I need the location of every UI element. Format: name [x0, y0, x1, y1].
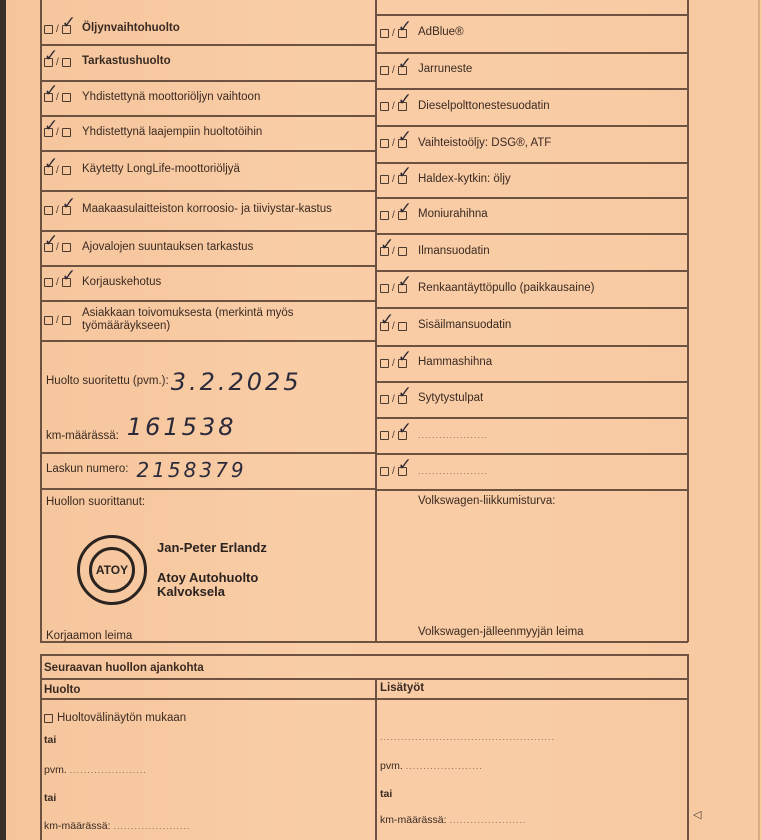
checkbox-yes[interactable]: [44, 243, 53, 252]
checklist-label: Moniurahihna: [418, 208, 488, 221]
checkbox-no[interactable]: [62, 58, 71, 67]
right-checklist-item: /Ilmansuodatin: [380, 233, 490, 270]
right-checklist-item: /Vaihteistoöljy: DSG®, ATF: [380, 125, 551, 162]
right-checklist-item: /AdBlue®: [380, 14, 464, 52]
service-date-field: Huolto suoritettu (pvm.): 3.2.2025: [46, 368, 302, 396]
checkbox-yes[interactable]: [380, 175, 389, 184]
checkbox-no[interactable]: [398, 359, 407, 368]
checkbox-no[interactable]: [62, 316, 71, 325]
indicator-option[interactable]: Huoltovälinäytön mukaan: [44, 712, 186, 724]
checklist-label: Asiakkaan toivomuksesta (merkintä myös t…: [82, 307, 352, 333]
checkbox-no[interactable]: [62, 128, 71, 137]
checklist-label: Korjauskehotus: [82, 276, 161, 289]
checkbox-yes[interactable]: [380, 395, 389, 404]
stamp-company: Atoy Autohuolto: [157, 571, 267, 585]
vw-dealer-stamp-label: Volkswagen-jälleenmyyjän leima: [418, 626, 584, 639]
checklist-label: Ilmansuodatin: [418, 245, 490, 258]
stamp-name: Jan-Peter Erlandz: [157, 541, 267, 555]
col-extra-header: Lisätyöt: [380, 682, 424, 694]
checkbox-no[interactable]: [398, 431, 407, 440]
checklist-label: ....................: [418, 430, 488, 440]
checklist-label: Maakaasulaitteiston korroosio- ja tiiviy…: [82, 203, 332, 216]
checklist-label: Yhdistettynä laajempiin huoltotöihin: [82, 126, 262, 139]
checklist-label: Hammashihna: [418, 356, 492, 369]
checklist-label: Yhdistettynä moottoriöljyn vaihtoon: [82, 91, 260, 104]
right-checklist-item: /....................: [380, 453, 488, 489]
service-km-field: km-määrässä: 161538: [46, 410, 236, 443]
vw-mobility-label: Volkswagen-liikkumisturva:: [418, 495, 555, 508]
checklist-label: Tarkastushuolto: [82, 55, 171, 68]
workshop-stamp-label: Korjaamon leima: [46, 630, 132, 643]
checkbox-yes[interactable]: [380, 102, 389, 111]
checkbox-yes[interactable]: [44, 166, 53, 175]
checklist-label: Vaihteistoöljy: DSG®, ATF: [418, 137, 551, 150]
checklist-label: Sytytystulpat: [418, 392, 483, 405]
checkbox-no[interactable]: [398, 247, 407, 256]
right-checklist-item: /....................: [380, 417, 488, 453]
checklist-label: Haldex-kytkin: öljy: [418, 173, 511, 186]
checklist-label: Renkaantäyttöpullo (paikkausaine): [418, 282, 594, 295]
checkbox-no[interactable]: [398, 175, 407, 184]
next-km-field[interactable]: km-määrässä: ......................: [44, 820, 190, 832]
right-checklist-item: /Hammashihna: [380, 345, 492, 381]
checklist-label: ....................: [418, 466, 488, 476]
next-date-field[interactable]: pvm. ......................: [44, 764, 147, 776]
checkbox-no[interactable]: [62, 206, 71, 215]
service-date-value: 3.2.2025: [171, 368, 302, 396]
or-text-2: tai: [44, 792, 56, 804]
left-checklist-item: /Öljynvaihtohuolto: [44, 14, 180, 44]
checklist-label: Dieselpolttonestesuodatin: [418, 100, 550, 113]
checkbox-no[interactable]: [398, 395, 407, 404]
checkbox-yes[interactable]: [44, 128, 53, 137]
checkbox-yes[interactable]: [44, 278, 53, 287]
checkbox-yes[interactable]: [44, 93, 53, 102]
checklist-label: Sisäilmansuodatin: [418, 319, 511, 332]
checkbox-yes[interactable]: [380, 431, 389, 440]
checkbox-yes[interactable]: [380, 211, 389, 220]
right-checklist-item: /Renkaantäyttöpullo (paikkausaine): [380, 270, 594, 307]
invoice-number-field: Laskun numero: 2158379: [46, 458, 247, 482]
checkbox-no[interactable]: [398, 211, 407, 220]
indicator-checkbox[interactable]: [44, 714, 53, 723]
checklist-label: Jarruneste: [418, 63, 472, 76]
checkbox-no[interactable]: [62, 25, 71, 34]
col-service-header: Huolto: [44, 684, 80, 696]
extra-date-field[interactable]: pvm. ......................: [380, 760, 483, 772]
left-checklist-item: /Käytetty LongLife-moottoriöljyä: [44, 150, 240, 190]
checklist-label: Ajovalojen suuntauksen tarkastus: [82, 241, 253, 254]
checkbox-no[interactable]: [398, 467, 407, 476]
checkbox-yes[interactable]: [380, 284, 389, 293]
stamp-location: Kalvoksela: [157, 585, 267, 599]
checkbox-no[interactable]: [398, 139, 407, 148]
checkbox-yes[interactable]: [380, 322, 389, 331]
extra-km-field[interactable]: km-määrässä: ......................: [380, 814, 526, 826]
next-service-section: Seuraavan huollon ajankohta Huolto Lisät…: [40, 654, 688, 840]
page-marker-arrow: ◁: [693, 808, 701, 821]
atoy-seal-logo: ATOY: [77, 535, 147, 605]
checkbox-no[interactable]: [398, 284, 407, 293]
checkbox-no[interactable]: [62, 93, 71, 102]
left-checklist-item: /Yhdistettynä moottoriöljyn vaihtoon: [44, 80, 260, 115]
photo-edge-right: [758, 0, 760, 840]
right-checklist-item: /Jarruneste: [380, 52, 472, 88]
checkbox-yes[interactable]: [380, 29, 389, 38]
checkbox-yes[interactable]: [44, 206, 53, 215]
right-checklist-item: /Sisäilmansuodatin: [380, 307, 511, 345]
checklist-label: Käytetty LongLife-moottoriöljyä: [82, 163, 240, 176]
checkbox-no[interactable]: [62, 243, 71, 252]
left-checklist-item: /Yhdistettynä laajempiin huoltotöihin: [44, 115, 262, 150]
extra-or-text: tai: [380, 788, 392, 800]
right-checklist-item: /Sytytystulpat: [380, 381, 483, 417]
checkbox-yes[interactable]: [44, 316, 53, 325]
checklist-label: AdBlue®: [418, 26, 464, 39]
checkbox-yes[interactable]: [44, 25, 53, 34]
checkbox-no[interactable]: [398, 66, 407, 75]
next-service-title: Seuraavan huollon ajankohta: [44, 662, 204, 674]
right-checklist-item: /Moniurahihna: [380, 197, 488, 233]
checkbox-yes[interactable]: [380, 467, 389, 476]
checkbox-no[interactable]: [62, 278, 71, 287]
left-checklist-item: /Korjauskehotus: [44, 265, 161, 300]
checkbox-yes[interactable]: [380, 139, 389, 148]
checkbox-no[interactable]: [62, 166, 71, 175]
checkbox-no[interactable]: [398, 322, 407, 331]
service-km-value: 161538: [127, 413, 237, 441]
right-checklist-item: /Dieselpolttonestesuodatin: [380, 88, 550, 125]
checkbox-no[interactable]: [398, 102, 407, 111]
right-checklist-item: /Haldex-kytkin: öljy: [380, 162, 511, 197]
invoice-number-value: 2158379: [136, 458, 246, 482]
checklist-label: Öljynvaihtohuolto: [82, 22, 180, 35]
left-checklist-item: /Asiakkaan toivomuksesta (merkintä myös …: [44, 300, 352, 340]
performed-by-label: Huollon suorittanut:: [46, 496, 145, 509]
checkbox-yes[interactable]: [44, 58, 53, 67]
left-checklist-item: /Tarkastushuolto: [44, 44, 171, 80]
left-checklist-item: /Maakaasulaitteiston korroosio- ja tiivi…: [44, 190, 332, 230]
left-checklist-item: /Ajovalojen suuntauksen tarkastus: [44, 230, 253, 265]
extra-work-field[interactable]: ........................................…: [380, 732, 555, 742]
or-text-1: tai: [44, 734, 56, 746]
checkbox-yes[interactable]: [380, 359, 389, 368]
checkbox-yes[interactable]: [380, 66, 389, 75]
checkbox-no[interactable]: [398, 29, 407, 38]
checkbox-yes[interactable]: [380, 247, 389, 256]
workshop-stamp: ATOY Jan-Peter Erlandz Atoy Autohuolto K…: [77, 535, 267, 605]
